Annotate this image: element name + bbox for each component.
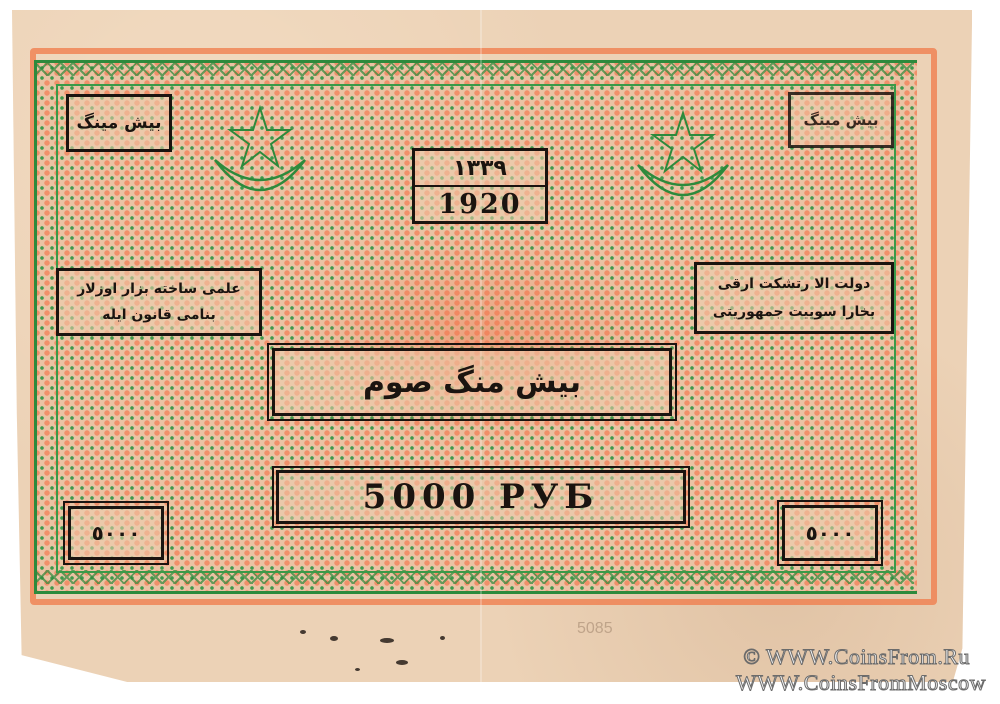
- top-left-seal: بیش مینگ: [66, 94, 172, 152]
- ink-stain: [300, 630, 306, 634]
- year-gregorian: 1920: [415, 185, 545, 221]
- top-right-seal: بیش مینگ: [788, 92, 894, 148]
- bottom-left-numeral: ٥٠٠٠: [68, 506, 164, 560]
- year-hijri: ١٣٣٩: [415, 151, 545, 185]
- ink-stain: [355, 668, 360, 671]
- top-ornamental-border: [34, 62, 914, 76]
- ink-stain: [380, 638, 394, 643]
- star-crescent-icon: [628, 105, 738, 215]
- right-text-panel: دولت الا رتشکت ارقی بخارا سوییت جمهوریتی: [694, 262, 894, 334]
- bottom-right-numeral: ٥٠٠٠: [782, 505, 878, 561]
- pencil-note: 5085: [577, 620, 613, 638]
- watermark-line-2: WWW.CoinsFromMoscow: [736, 670, 986, 696]
- left-text-panel: علمی ساخته بزار اوزلار بنامی قانون ایله: [56, 268, 262, 336]
- center-title-cartouche: بیش منگ صوم: [272, 348, 672, 416]
- year-plate: ١٣٣٩ 1920: [412, 148, 548, 224]
- ink-stain: [440, 636, 445, 640]
- left-panel-line-2: بنامی قانون ایله: [102, 302, 215, 328]
- right-panel-line-2: بخارا سوییت جمهوریتی: [713, 298, 875, 326]
- denomination-plate: 5000 РУБ: [276, 470, 686, 524]
- ink-stain: [330, 636, 338, 641]
- left-panel-line-1: علمی ساخته بزار اوزلار: [77, 276, 241, 302]
- star-crescent-icon: [205, 100, 315, 210]
- fold-line: [480, 10, 482, 682]
- ink-stain: [396, 660, 408, 665]
- watermark-line-1: © WWW.CoinsFrom.Ru: [743, 644, 970, 670]
- right-panel-line-1: دولت الا رتشکت ارقی: [718, 270, 871, 298]
